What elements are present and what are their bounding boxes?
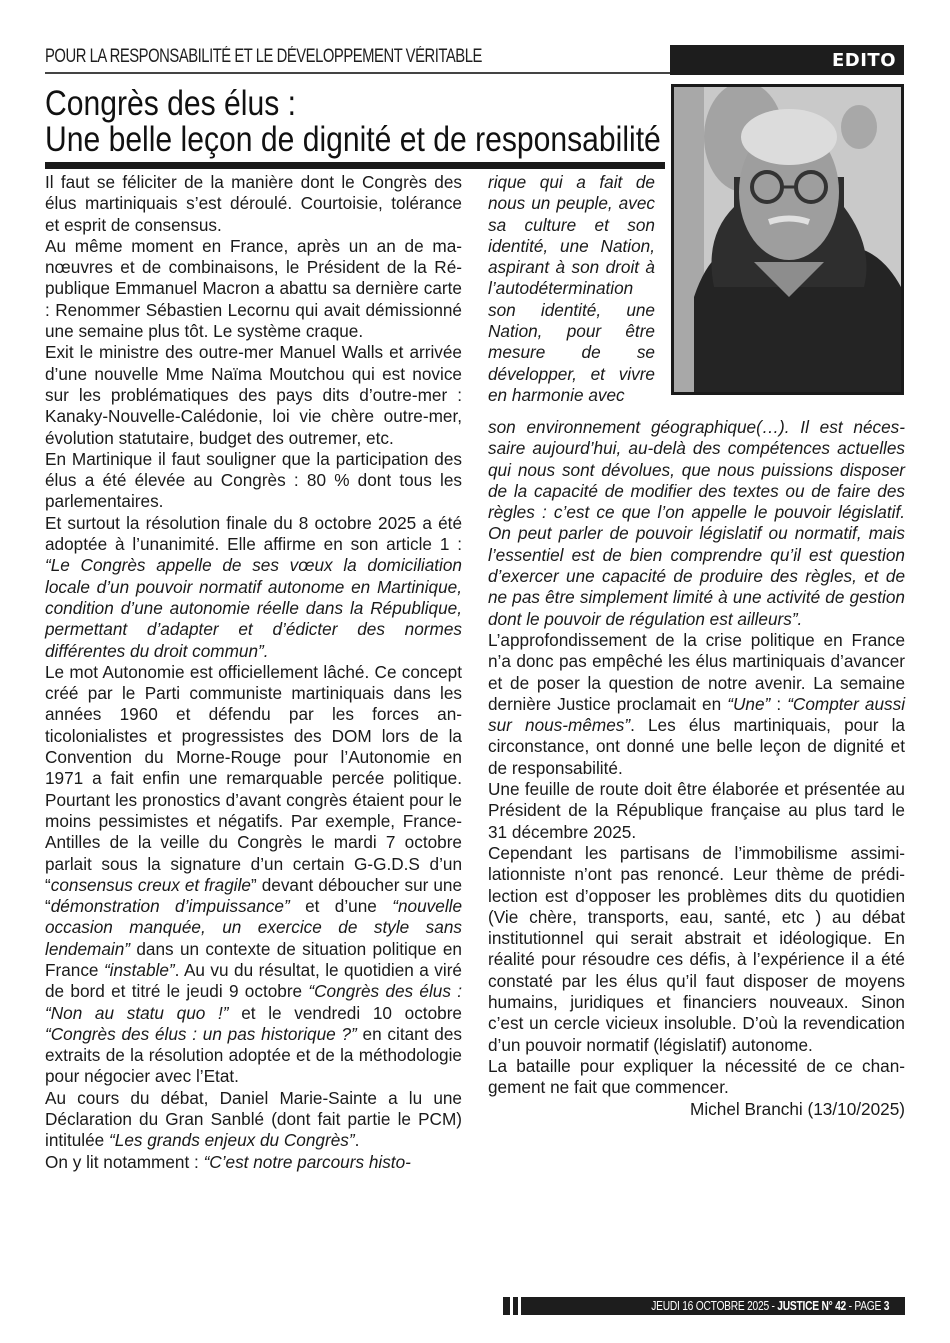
quote-span: “Les grands enjeux du Congrès” [109,1130,355,1150]
author-signature: Michel Branchi (13/10/2025) [488,1099,905,1120]
paragraph: Au cours du débat, Daniel Marie-Sainte a… [45,1088,462,1152]
paragraph: Et surtout la résolution finale du 8 oct… [45,513,462,662]
article-title-line2: Une belle leçon de dignité et de respons… [45,122,595,158]
text-span: Le mot Autonomie est officiellement lâch… [45,662,462,895]
footer-block [513,1297,518,1315]
footer-block [521,1297,537,1315]
quote-span: “Une” [727,694,770,714]
paragraph: En Martinique il faut souligner que la p… [45,449,462,513]
quote-span: démonstration d’impuissance” [51,896,290,916]
text-span: . [355,1130,360,1150]
section-tag-edito: EDITO [670,45,904,75]
text-span: et d’une [290,896,393,916]
footer-text: JEUDI 16 OCTOBRE 2025 - JUSTICE N° 42 - … [651,1299,889,1313]
footer-page-label: - PAGE [846,1299,884,1313]
quote-span: son environnement géographique(…). Il es… [488,417,905,629]
paragraph: Il faut se féliciter de la manière dont … [45,172,462,236]
page-footer: JEUDI 16 OCTOBRE 2025 - JUSTICE N° 42 - … [537,1297,905,1315]
footer-date: JEUDI 16 OCTOBRE 2025 - [651,1299,777,1313]
text-span: On y lit notamment : [45,1152,204,1172]
article-column-right-narrow: rique qui a fait de nous un peuple, avec… [488,172,655,406]
paragraph: On y lit notamment : “C’est notre parcou… [45,1152,462,1173]
quote-span: consensus creux et fragile [51,875,251,895]
article-title-line1: Congrès des élus : [45,86,595,122]
title-divider [45,162,665,169]
article-title: Congrès des élus : Une belle leçon de di… [45,86,595,158]
paragraph: Exit le ministre des outre-mer Manuel Wa… [45,342,462,448]
footer-decoration [503,1297,537,1315]
paragraph: son environnement géographique(…). Il es… [488,417,905,630]
section-tag-label: EDITO [832,50,896,71]
text-span: et le ven­dredi 10 octobre [229,1003,462,1023]
footer-block [503,1297,510,1315]
quote-span: “Congrès des élus : un pas histo­rique ?… [45,1024,357,1044]
section-kicker: POUR LA RESPONSABILITÉ ET LE DÉVELOPPEME… [45,46,513,68]
article-column-left: Il faut se féliciter de la manière dont … [45,172,462,1173]
author-photo [671,84,904,395]
article-column-right: son environnement géographique(…). Il es… [488,417,905,1120]
footer-publication: JUSTICE N° 42 [777,1299,846,1313]
text-span: Et surtout la résolution finale du 8 oct… [45,513,462,554]
quote-span: “C’est notre parcours histo- [204,1152,411,1172]
footer-page-number: 3 [884,1299,889,1313]
resolution-quote: “Le Congrès appelle de ses vœux la domic… [45,555,462,660]
paragraph: La bataille pour expliquer la nécessité … [488,1056,905,1099]
paragraph: L’approfondissement de la crise politiqu… [488,630,905,779]
text-span: : [770,694,787,714]
kicker-divider [45,72,670,74]
paragraph: Au même moment en France, après un an de… [45,236,462,342]
newspaper-page: POUR LA RESPONSABILITÉ ET LE DÉVELOPPEME… [0,0,950,1343]
paragraph: rique qui a fait de nous un peuple, avec… [488,172,655,406]
portrait-image-icon [674,87,901,392]
paragraph: Une feuille de route doit être élaborée … [488,779,905,843]
quote-span: “instable” [104,960,175,980]
paragraph: Le mot Autonomie est officiellement lâch… [45,662,462,1088]
paragraph: Cependant les partisans de l’immobilisme… [488,843,905,1056]
quote-span: rique qui a fait de nous un peuple, avec… [488,172,655,405]
